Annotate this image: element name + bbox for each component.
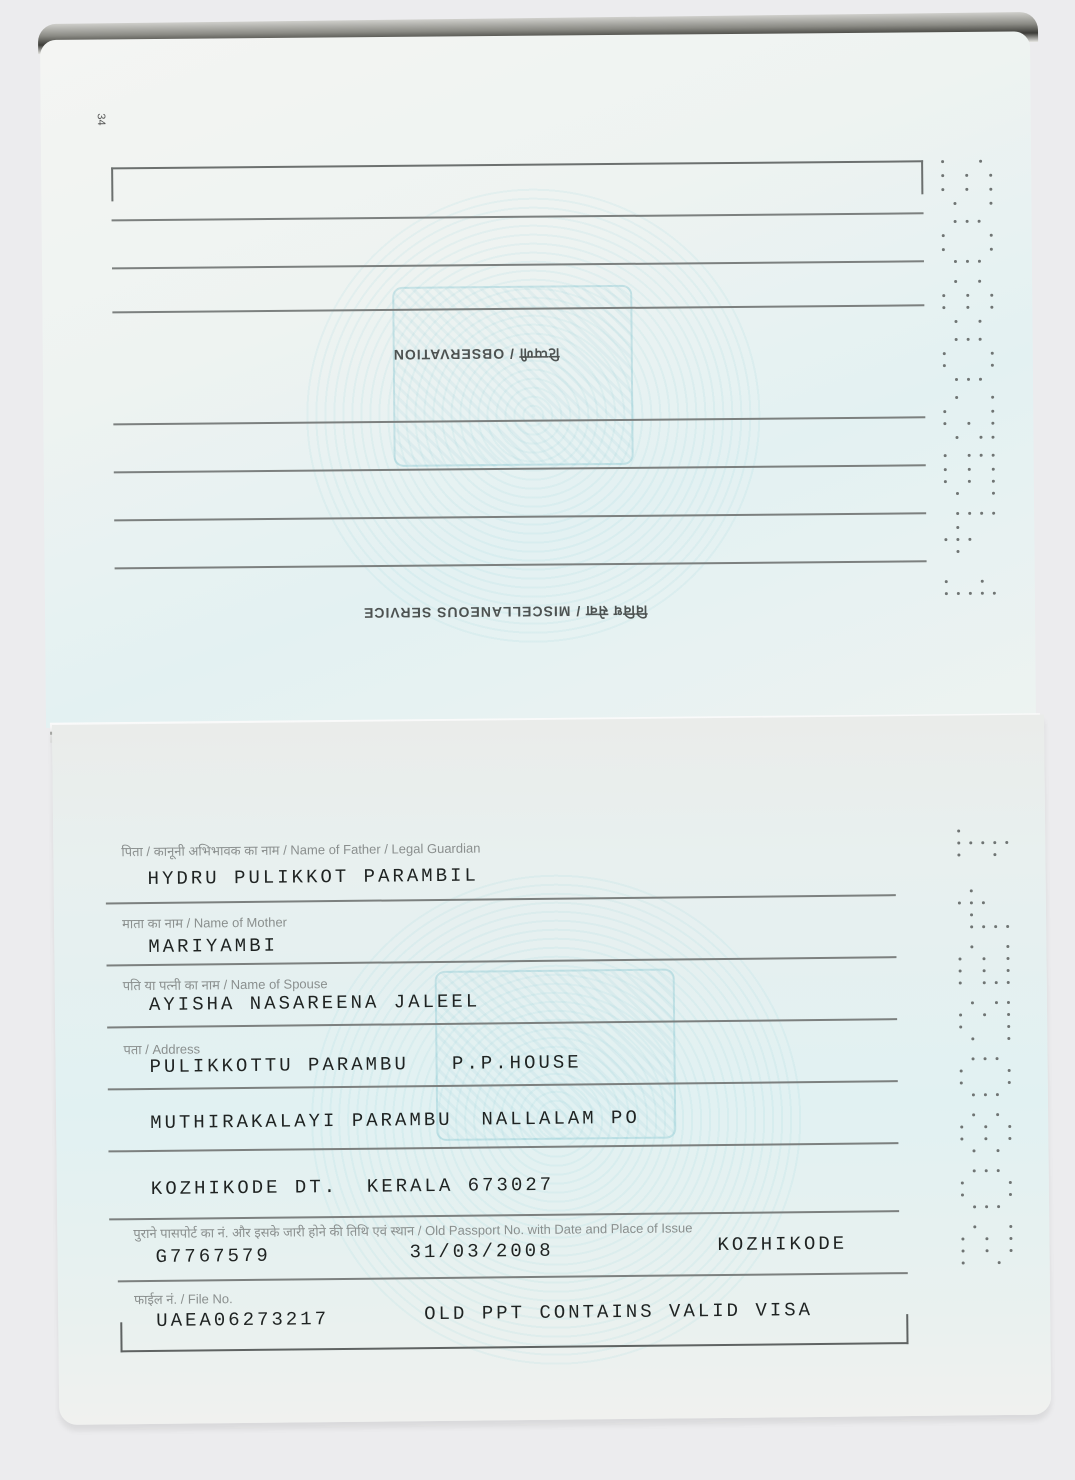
- perforated-passport-number: [953, 825, 1020, 1266]
- old-passport-issue-date: 31/03/2008: [409, 1240, 553, 1264]
- perforated-passport-number: [937, 152, 1003, 593]
- old-passport-number: G7767579: [155, 1245, 270, 1268]
- misc-service-heading: विविध सेवा / MISCELLANEOUS SERVICE: [363, 601, 647, 622]
- file-number-label: फाईल नं. / File No.: [134, 1289, 233, 1308]
- spouse-name-value: AYISHA NASAREENA JALEEL: [149, 991, 480, 1016]
- bottom-page-personal-details: पिता / कानूनी अभिभावक का नाम / Name of F…: [52, 715, 1051, 1425]
- address-line-1: PULIKKOTTU PARAMBU P.P.HOUSE: [149, 1051, 581, 1078]
- spouse-name-label: पति या पत्नी का नाम / Name of Spouse: [123, 974, 328, 994]
- old-passport-issue-place: KOZHIKODE: [717, 1233, 847, 1256]
- observation-box-bracket: [111, 160, 923, 201]
- address-line-3: KOZHIKODE DT. KERALA 673027: [151, 1174, 554, 1200]
- mother-name-label: माता का नाम / Name of Mother: [122, 913, 287, 933]
- mother-name-value: MARIYAMBI: [148, 935, 278, 958]
- father-name-label: पिता / कानूनी अभिभावक का नाम / Name of F…: [121, 839, 480, 861]
- page-number: 34: [95, 113, 107, 125]
- father-name-value: HYDRU PULIKKOT PARAMBIL: [148, 865, 479, 890]
- national-emblem-watermark: [392, 285, 634, 467]
- top-page-observations: 34 टिप्पणी / OBSERVATION विविध सेवा / MI…: [40, 31, 1036, 728]
- observation-heading: टिप्पणी / OBSERVATION: [393, 343, 560, 363]
